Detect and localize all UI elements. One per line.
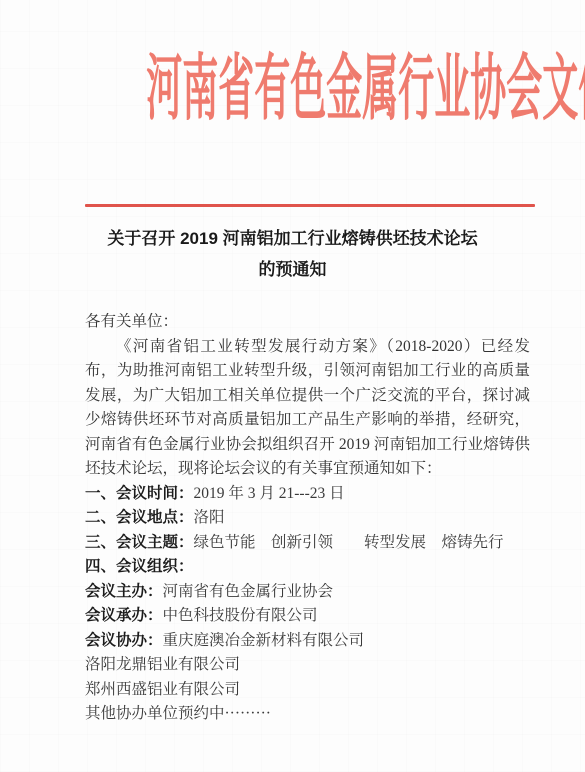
document-body: 各有关单位： 《河南省铝工业转型发展行动方案》（2018-2020）已经发布，为… [85, 310, 530, 727]
intro-paragraph: 《河南省铝工业转型发展行动方案》（2018-2020）已经发布，为助推河南铝工业… [85, 335, 530, 482]
sub-item-label: 会议承办： [85, 607, 163, 624]
document-title-line1: 关于召开 2019 河南铝加工行业熔铸供坯技术论坛 [0, 223, 585, 254]
list-item-meeting-organization: 四、会议组织： [85, 555, 530, 580]
document-title-line2: 的预通知 [0, 254, 585, 285]
sub-item-co-organizer: 会议协办：重庆庭澳冶金新材料有限公司 [85, 629, 530, 654]
scanned-document-page: 河南省有色金属行业协会文件 关于召开 2019 河南铝加工行业熔铸供坯技术论坛 … [0, 0, 585, 772]
item-value: 绿色节能 创新引领 转型发展 熔铸先行 [194, 534, 504, 551]
item-label: 四、会议组织： [85, 558, 194, 575]
co-organizer-extra: 郑州西盛铝业有限公司 [85, 678, 530, 703]
sub-item-label: 会议协办： [85, 632, 163, 649]
salutation: 各有关单位： [85, 310, 530, 335]
item-label: 三、会议主题： [85, 534, 194, 551]
item-label: 一、会议时间： [85, 485, 194, 502]
co-organizer-extra: 其他协办单位预约中········· [85, 702, 530, 727]
list-item-meeting-theme: 三、会议主题：绿色节能 创新引领 转型发展 熔铸先行 [85, 531, 530, 556]
letterhead-title: 河南省有色金属行业协会文件 [146, 52, 439, 128]
sub-item-label: 会议主办： [85, 583, 163, 600]
list-item-meeting-place: 二、会议地点：洛阳 [85, 506, 530, 531]
co-organizer-extra: 洛阳龙鼎铝业有限公司 [85, 653, 530, 678]
sub-item-value: 重庆庭澳冶金新材料有限公司 [163, 632, 365, 649]
sub-item-undertaker: 会议承办：中色科技股份有限公司 [85, 604, 530, 629]
sub-item-host: 会议主办：河南省有色金属行业协会 [85, 580, 530, 605]
item-label: 二、会议地点： [85, 509, 194, 526]
red-separator-line [85, 204, 535, 207]
item-value: 洛阳 [194, 509, 225, 526]
document-title: 关于召开 2019 河南铝加工行业熔铸供坯技术论坛 的预通知 [0, 223, 585, 285]
sub-item-value: 河南省有色金属行业协会 [163, 583, 334, 600]
item-value: 2019 年 3 月 21---23 日 [194, 485, 345, 502]
list-item-meeting-time: 一、会议时间：2019 年 3 月 21---23 日 [85, 482, 530, 507]
sub-item-value: 中色科技股份有限公司 [163, 607, 318, 624]
